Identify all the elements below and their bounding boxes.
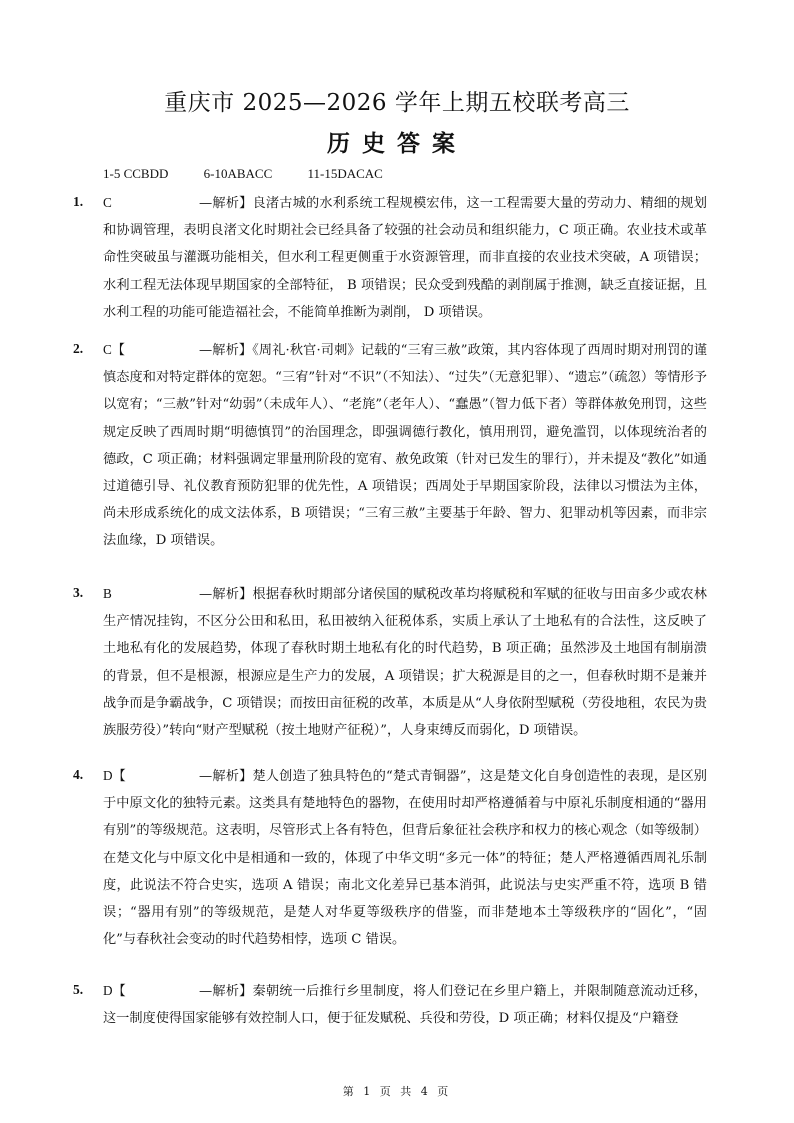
question-number: 3.	[73, 585, 83, 601]
question-answer: C【	[103, 336, 199, 363]
document-title: 重庆市 2025—2026 学年上期五校联考高三	[0, 84, 794, 117]
explanation-text: —解析】楚人创造了独具特色的“楚式青铜器”，这是楚文化自身创造性的表现，是区别于…	[103, 769, 707, 947]
question-number: 4.	[73, 767, 83, 783]
question-number: 2.	[73, 341, 83, 357]
document-subtitle: 历史答案	[0, 125, 794, 158]
answer-key-group: 6-10ABACC	[204, 166, 273, 181]
question-answer: D【	[103, 762, 199, 789]
question-explanation: D【—解析】秦朝统一后推行乡里制度，将人们登记在乡里户籍上，并限制随意流动迁移，…	[103, 977, 707, 1032]
answer-key: 1-5 CCBDD 6-10ABACC 11-15DACAC	[103, 166, 415, 182]
explanation-text: —解析】根据春秋时期部分诸侯国的赋税改革均将赋税和军赋的征收与田亩多少或农林生产…	[103, 587, 707, 738]
page-number: 第 1 页 共 4 页	[0, 1083, 794, 1099]
question-number: 1.	[73, 194, 83, 210]
question-explanation: B—解析】根据春秋时期部分诸侯国的赋税改革均将赋税和军赋的征收与田亩多少或农林生…	[103, 580, 707, 744]
question-explanation: C—解析】良渚古城的水利系统工程规模宏伟，这一工程需要大量的劳动力、精细的规划和…	[103, 189, 707, 326]
explanation-text: —解析】《周礼·秋官·司刺》记载的“三宥三赦”政策，其内容体现了西周时期对刑罚的…	[103, 343, 707, 548]
question-number: 5.	[73, 982, 83, 998]
question-answer: C	[103, 189, 199, 216]
question-explanation: C【—解析】《周礼·秋官·司刺》记载的“三宥三赦”政策，其内容体现了西周时期对刑…	[103, 336, 707, 555]
answer-key-group: 11-15DACAC	[308, 166, 383, 181]
question-explanation: D【—解析】楚人创造了独具特色的“楚式青铜器”，这是楚文化自身创造性的表现，是区…	[103, 762, 707, 953]
question-answer: B	[103, 580, 199, 607]
answer-key-group: 1-5 CCBDD	[103, 166, 168, 181]
question-answer: D【	[103, 977, 199, 1004]
